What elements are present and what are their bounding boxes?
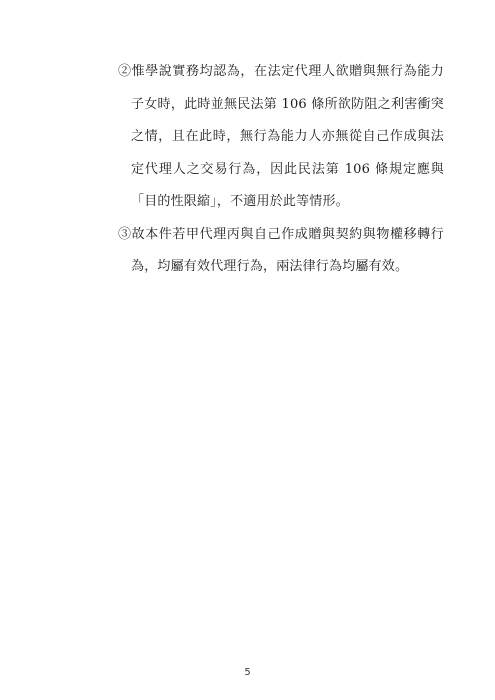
- list-marker-circled-2: ②: [118, 64, 132, 79]
- list-marker-circled-3: ③: [118, 227, 132, 242]
- page-number: 5: [0, 667, 495, 678]
- paragraph-2: ②惟學說實務均認為，在法定代理人欲贈與無行為能力子女時，此時並無民法第 106 …: [118, 56, 444, 219]
- paragraph-3-text: 故本件若甲代理丙與自己作成贈與契約與物權移轉行為，均屬有效代理行為，兩法律行為均…: [131, 227, 444, 275]
- document-body: ②惟學說實務均認為，在法定代理人欲贈與無行為能力子女時，此時並無民法第 106 …: [118, 56, 444, 284]
- paragraph-2-text: 惟學說實務均認為，在法定代理人欲贈與無行為能力子女時，此時並無民法第 106 條…: [131, 64, 444, 209]
- paragraph-3: ③故本件若甲代理丙與自己作成贈與契約與物權移轉行為，均屬有效代理行為，兩法律行為…: [118, 219, 444, 284]
- document-page: ②惟學說實務均認為，在法定代理人欲贈與無行為能力子女時，此時並無民法第 106 …: [0, 0, 495, 700]
